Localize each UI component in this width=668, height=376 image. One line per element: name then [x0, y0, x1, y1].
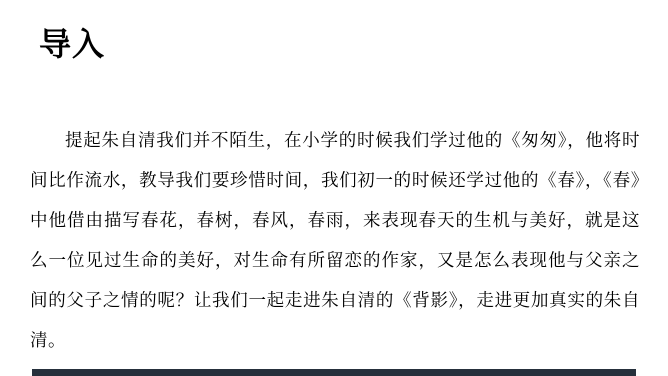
- presentation-slide: 导入 提起朱自清我们并不陌生，在小学的时候我们学过他的《匆匆》，他将时间比作流水…: [0, 0, 668, 376]
- slide-title: 导入: [39, 24, 105, 66]
- slide-body-paragraph: 提起朱自清我们并不陌生，在小学的时候我们学过他的《匆匆》，他将时间比作流水，教导…: [30, 120, 640, 360]
- footer-accent-bar: [32, 369, 636, 376]
